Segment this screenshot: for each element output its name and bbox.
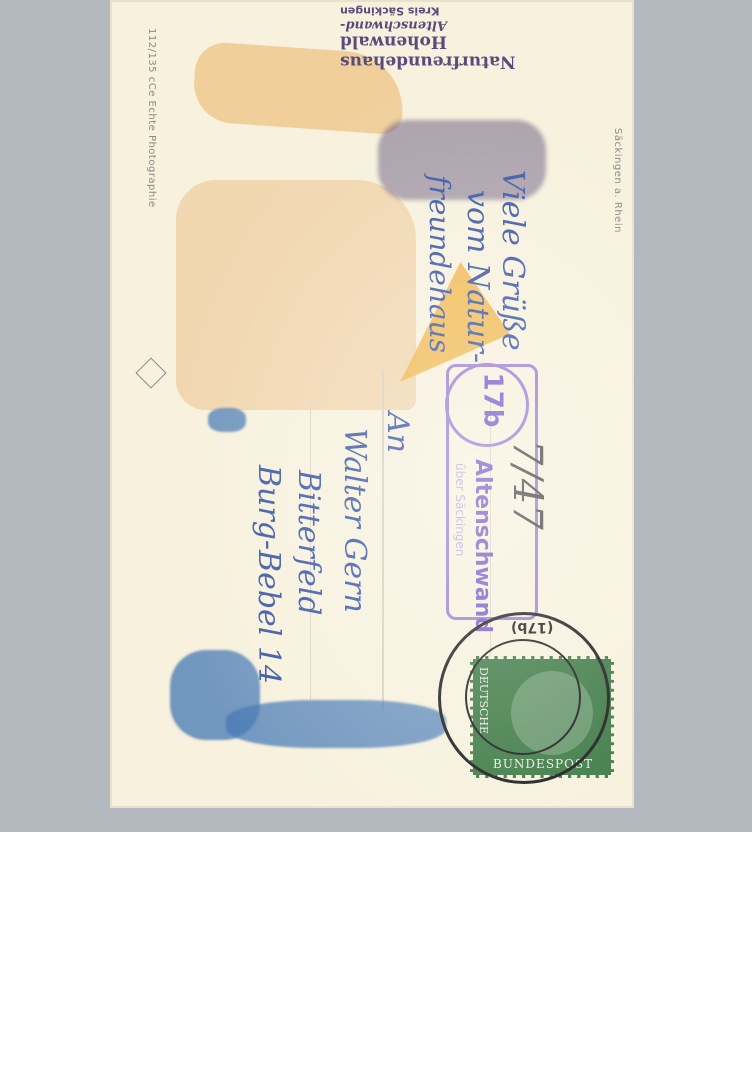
address-line: An	[380, 412, 415, 453]
address-line: Bitterfeld	[291, 470, 326, 616]
address-line: Walter Gern	[337, 428, 372, 613]
ink-blot	[208, 408, 246, 432]
message-line: vom Natur-	[460, 190, 495, 363]
message-line: freundehaus	[423, 175, 456, 353]
publisher-logo-icon	[135, 357, 166, 388]
postmark-cancellation: (17b)	[438, 612, 610, 784]
pencil-note: 7/47	[504, 440, 550, 530]
ink-blot	[170, 650, 260, 740]
hut-rubber-stamp: Naturfreundehaus Hohenwald Altenschwand-…	[340, 4, 550, 71]
place-caption: Säckingen a. Rhein	[612, 128, 623, 233]
message-line: Viele Grüße	[495, 170, 530, 351]
tape-residue	[176, 180, 416, 410]
postcard: Naturfreundehaus Hohenwald Altenschwand-…	[110, 0, 634, 808]
address-line: Burg-Bebel 14	[251, 465, 286, 684]
printer-code: 112/135 cCe Echte Photographie	[146, 28, 157, 208]
